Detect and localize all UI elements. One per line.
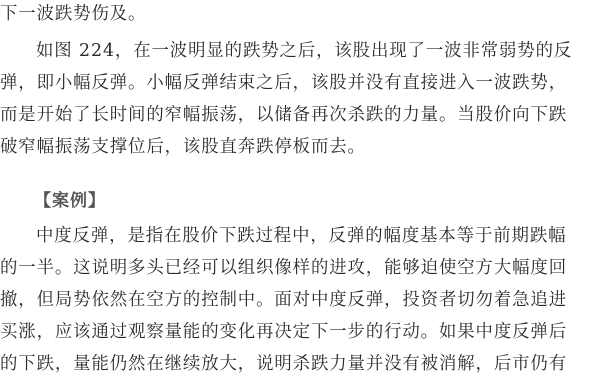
section-heading-case: 【案例】	[34, 190, 106, 212]
paragraph-2-line-1: 如图 224，在一波明显的跌势之后，该股出现了一波非常弱势的反	[36, 40, 572, 62]
paragraph-2-line-3: 而是开始了长时间的窄幅振荡，以储备再次杀跌的力量。当股价向下跌	[0, 104, 567, 126]
paragraph-1-line-1: 下一波跌势伤及。	[0, 3, 146, 25]
section-paragraph-line-1: 中度反弹，是指在股价下跌过程中，反弹的幅度基本等于前期跌幅	[36, 225, 566, 247]
section-paragraph-line-2: 的一半。这说明多头已经可以组织像样的进攻，能够迫使空方大幅度回	[0, 257, 567, 279]
section-paragraph-line-4: 买涨，应该通过观察量能的变化再决定下一步的行动。如果中度反弹后	[0, 321, 567, 343]
paragraph-2-line-2: 弹，即小幅反弹。小幅反弹结束之后，该股并没有直接进入一波跌势，	[0, 72, 567, 94]
section-paragraph-line-5: 的下跌，量能仍然在继续放大，说明杀跌力量并没有被消解，后市仍有	[0, 353, 567, 375]
section-paragraph-line-3: 撤，但局势依然在空方的控制中。面对中度反弹，投资者切勿着急追进	[0, 289, 567, 311]
paragraph-2-line-4: 破窄幅振荡支撑位后，该股直奔跌停板而去。	[0, 136, 366, 158]
